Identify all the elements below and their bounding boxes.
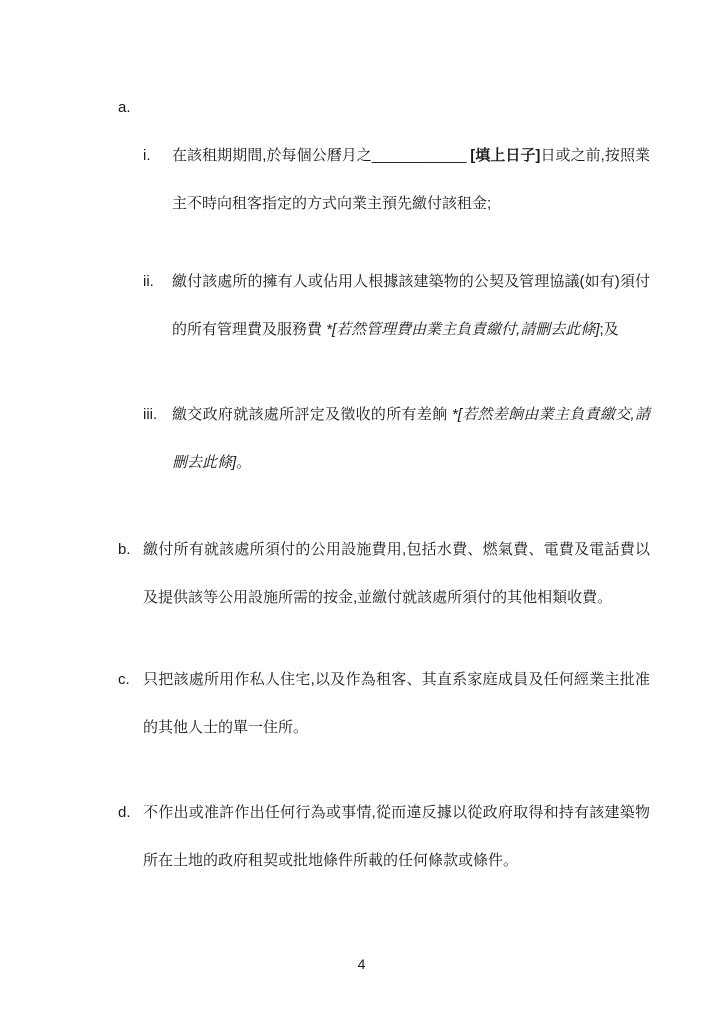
clause-text: 不作出或准許作出任何行為或事情,從而違反據以從政府取得和持有該建築物所在土地的政… (143, 789, 650, 885)
clause-label: a. (118, 84, 143, 132)
clause-text: 繳付所有就該處所須付的公用設施費用,包括水費、燃氣費、電費及電話費以及提供該等公… (143, 526, 650, 622)
text-line: 主不時向租客指定的方式向業主預先繳付該租金; (172, 180, 650, 228)
text-line: 刪去此條]。 (172, 439, 650, 487)
document-page: a.i.在該租期期間,於每個公曆月之____________ [填上日子]日或之… (0, 0, 723, 1024)
text-line: 所在土地的政府租契或批地條件所載的任何條款或條件。 (143, 837, 650, 885)
text-segment-normal: 所在土地的政府租契或批地條件所載的任何條款或條件。 (143, 852, 518, 869)
clause-text: 繳交政府就該處所評定及徵收的所有差餉 *[若然差餉由業主負責繳交,請刪去此條]。 (172, 391, 650, 487)
text-line: 只把該處所用作私人住宅,以及作為租客、其直系家庭成員及任何經業主批准 (143, 656, 650, 704)
clause-item-b: b.繳付所有就該處所須付的公用設施費用,包括水費、燃氣費、電費及電話費以及提供該… (118, 526, 650, 622)
clause-item-ii: ii.繳付該處所的擁有人或佔用人根據該建築物的公契及管理協議(如有)須付的所有管… (118, 258, 650, 354)
clause-label: i. (143, 132, 172, 180)
clause-item-c: c.只把該處所用作私人住宅,以及作為租客、其直系家庭成員及任何經業主批准的其他人… (118, 656, 650, 752)
text-segment-normal: 在該租期期間,於每個公曆月之 (172, 147, 372, 164)
clause-label: iii. (143, 391, 172, 439)
text-line: 繳付該處所的擁有人或佔用人根據該建築物的公契及管理協議(如有)須付 (172, 258, 650, 306)
text-line: 的所有管理費及服務費 *[若然管理費由業主負責繳付,請刪去此條];及 (172, 306, 650, 354)
text-segment-bold: [填上日子] (470, 147, 540, 164)
text-segment-normal: 的其他人士的單一住所。 (143, 719, 308, 736)
text-line: 在該租期期間,於每個公曆月之____________ [填上日子]日或之前,按照… (172, 132, 650, 180)
clause-item-i: i.在該租期期間,於每個公曆月之____________ [填上日子]日或之前,… (118, 132, 650, 228)
text-line: 繳交政府就該處所評定及徵收的所有差餉 *[若然差餉由業主負責繳交,請 (172, 391, 650, 439)
clause-text: 在該租期期間,於每個公曆月之____________ [填上日子]日或之前,按照… (172, 132, 650, 228)
clause-label: ii. (143, 258, 172, 306)
clause-label: d. (118, 789, 143, 837)
document-body: a.i.在該租期期間,於每個公曆月之____________ [填上日子]日或之… (0, 0, 723, 885)
text-line: 不作出或准許作出任何行為或事情,從而違反據以從政府取得和持有該建築物 (143, 789, 650, 837)
text-segment-normal: 繳付所有就該處所須付的公用設施費用,包括水費、燃氣費、電費及電話費以 (143, 541, 650, 558)
fill-in-blank: ____________ (372, 147, 466, 164)
clause-text: 繳付該處所的擁有人或佔用人根據該建築物的公契及管理協議(如有)須付的所有管理費及… (172, 258, 650, 354)
clause-label: c. (118, 656, 143, 704)
text-segment-normal: 繳付該處所的擁有人或佔用人根據該建築物的公契及管理協議(如有)須付 (172, 273, 650, 290)
clause-item-iii: iii.繳交政府就該處所評定及徵收的所有差餉 *[若然差餉由業主負責繳交,請刪去… (118, 391, 650, 487)
text-line: 的其他人士的單一住所。 (143, 704, 650, 752)
clause-label: b. (118, 526, 143, 574)
text-segment-italic: 刪去此條] (172, 454, 236, 471)
clause-item-a: a. (118, 84, 650, 132)
clause-text: 只把該處所用作私人住宅,以及作為租客、其直系家庭成員及任何經業主批准的其他人士的… (143, 656, 650, 752)
text-segment-italic: *[若然管理費由業主負責繳付,請刪去此條] (326, 321, 599, 338)
text-line: 繳付所有就該處所須付的公用設施費用,包括水費、燃氣費、電費及電話費以 (143, 526, 650, 574)
text-line: 及提供該等公用設施所需的按金,並繳付就該處所須付的其他相類收費。 (143, 574, 650, 622)
text-segment-normal: 及提供該等公用設施所需的按金,並繳付就該處所須付的其他相類收費。 (143, 589, 612, 606)
page-number: 4 (0, 956, 723, 972)
text-segment-normal: ;及 (600, 321, 619, 338)
text-segment-normal: 不作出或准許作出任何行為或事情,從而違反據以從政府取得和持有該建築物 (143, 804, 650, 821)
text-segment-normal: 。 (236, 454, 251, 471)
text-segment-normal: 的所有管理費及服務費 (172, 321, 326, 338)
text-segment-italic: *[若然差餉由業主負責繳交,請 (452, 406, 650, 423)
clause-item-d: d.不作出或准許作出任何行為或事情,從而違反據以從政府取得和持有該建築物所在土地… (118, 789, 650, 885)
text-segment-normal: 繳交政府就該處所評定及徵收的所有差餉 (172, 406, 452, 423)
text-segment-normal: 只把該處所用作私人住宅,以及作為租客、其直系家庭成員及任何經業主批准 (143, 671, 650, 688)
text-segment-normal: 主不時向租客指定的方式向業主預先繳付該租金; (172, 195, 491, 212)
text-segment-normal: 日或之前,按照業 (540, 147, 650, 164)
